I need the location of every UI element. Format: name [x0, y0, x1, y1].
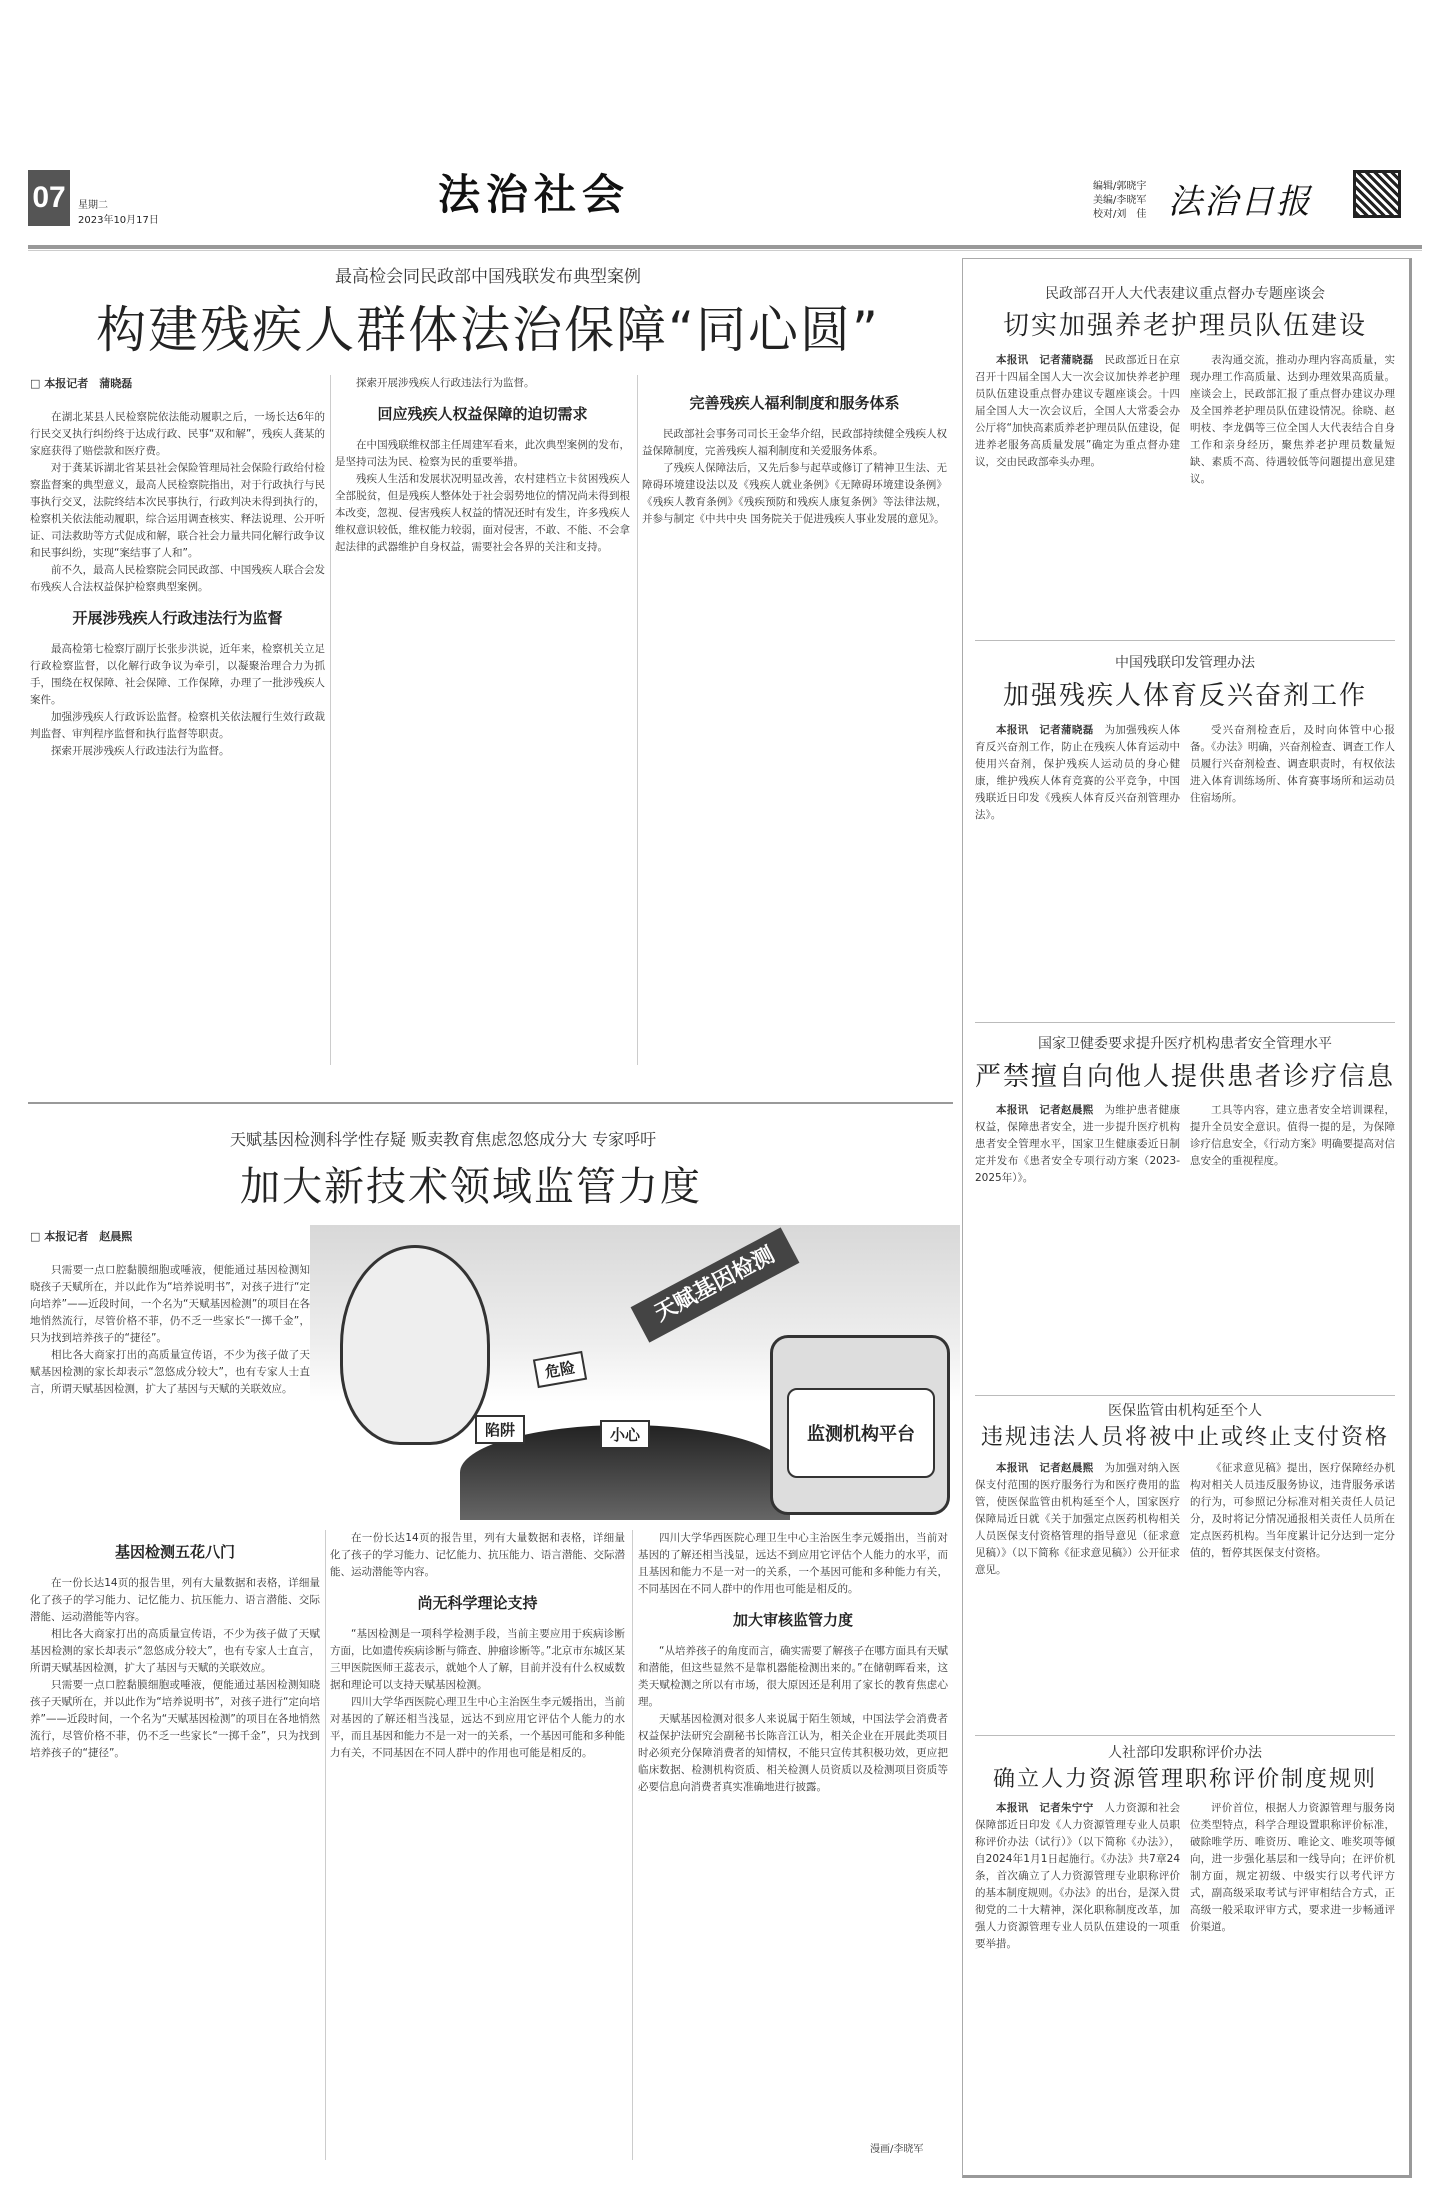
brief-headline: 加强残疾人体育反兴奋剂工作: [970, 675, 1400, 712]
paragraph: 在一份长达14页的报告里，列有大量数据和表格，详细量化了孩子的学习能力、记忆能力…: [30, 1575, 320, 1626]
byline-label: 本报讯: [996, 1462, 1029, 1474]
masthead-rule-thin: [28, 250, 1422, 251]
brief-separator: [975, 1395, 1395, 1396]
subhead: 尚无科学理论支持: [330, 1595, 625, 1612]
paragraph: 人力资源和社会保障部近日印发《人力资源管理专业人员职称评价办法（试行）》（以下简…: [975, 1802, 1180, 1950]
brief-column: 工具等内容，建立患者安全培训课程，提升全员安全意识。值得一提的是，为保障诊疗信息…: [1190, 1102, 1395, 1387]
lead-kicker: 最高检会同民政部中国残联发布典型案例: [28, 262, 948, 287]
article-separator: [28, 1102, 953, 1104]
subhead: 加大审核监管力度: [638, 1612, 948, 1629]
lead-column-1: □ 本报记者 蒲晓磊 在湖北某县人民检察院依法能动履职之后，一场长达6年的行民交…: [30, 375, 325, 1065]
paragraph: 加强涉残疾人行政诉讼监督。检察机关依法履行生效行政裁判监督、审判程序监督和执行监…: [30, 709, 325, 743]
brief-column: 本报讯 记者蒲晓磊 为加强残疾人体育反兴奋剂工作，防止在残疾人体育运动中使用兴奋…: [975, 722, 1180, 1012]
laughing-woman-figure: [340, 1245, 490, 1445]
second-kicker: 天赋基因检测科学性存疑 贩卖教育焦虑忽悠成分大 专家呼吁: [230, 1127, 830, 1150]
brief-column: 本报讯 记者朱宁宁 人力资源和社会保障部近日印发《人力资源管理专业人员职称评价办…: [975, 1800, 1180, 2160]
paragraph: 只需要一点口腔黏膜细胞或唾液，便能通过基因检测知晓孩子天赋所在，并以此作为“培养…: [30, 1677, 320, 1762]
cartoon-credit: 漫画/李晓军: [870, 2140, 923, 2155]
subhead: 回应残疾人权益保障的迫切需求: [335, 406, 630, 423]
byline-label: 本报讯: [996, 724, 1029, 736]
lead-headline: 构建残疾人群体法治保障“同心圆”: [28, 290, 948, 362]
brief-kicker: 医保监管由机构延至个人: [970, 1400, 1400, 1420]
subhead: 开展涉残疾人行政违法行为监督: [30, 610, 325, 627]
brief-column: 表沟通交流，推动办理内容高质量，实现办理工作高质量、达到办理效果高质量。座谈会上…: [1190, 352, 1395, 632]
column-divider: [637, 375, 638, 1065]
brief-headline: 违规违法人员将被中止或终止支付资格: [970, 1420, 1400, 1451]
brief-headline: 严禁擅自向他人提供患者诊疗信息: [970, 1056, 1400, 1093]
paragraph: 为加强残疾人体育反兴奋剂工作，防止在残疾人体育运动中使用兴奋剂，保护残疾人运动员…: [975, 724, 1180, 821]
paragraph: 民政部社会事务司司长王金华介绍，民政部持续健全残疾人权益保障制度，完善残疾人福利…: [642, 426, 947, 460]
brief-column: 受兴奋剂检查后，及时向体管中心报备。《办法》明确，兴奋剂检查、调查工作人员履行兴…: [1190, 722, 1395, 1012]
issue-date: 星期二 2023年10月17日: [78, 198, 159, 228]
column-divider: [325, 1530, 326, 2160]
paragraph: 相比各大商家打出的高质量宣传语，不少为孩子做了天赋基因检测的家长却表示“忽悠成分…: [30, 1626, 320, 1677]
cartoon-illustration: 天赋基因检测 危险 陷阱 小心 监测机构平台: [310, 1225, 960, 1520]
brief-column: 本报讯 记者赵晨熙 为加强对纳入医保支付范围的医疗服务行为和医疗费用的监管，使医…: [975, 1460, 1180, 1730]
trap-tag: 陷阱: [475, 1415, 525, 1444]
brief-separator: [975, 1022, 1395, 1023]
brief-kicker: 中国残联印发管理办法: [970, 652, 1400, 672]
second-headline: 加大新技术领域监管力度: [240, 1155, 740, 1212]
paragraph: 工具等内容，建立患者安全培训课程，提升全员安全意识。值得一提的是，为保障诊疗信息…: [1190, 1102, 1395, 1170]
byline-reporter: 记者蒲晓磊: [1039, 724, 1093, 736]
byline-reporter: 记者赵晨熙: [1039, 1462, 1093, 1474]
paragraph: 为加强对纳入医保支付范围的医疗服务行为和医疗费用的监管，使医保监管由机构延至个人…: [975, 1462, 1180, 1576]
brief-kicker: 民政部召开人大代表建议重点督办专题座谈会: [970, 283, 1400, 303]
paragraph: “从培养孩子的角度而言，确实需要了解孩子在哪方面具有天赋和潜能，但这些显然不是靠…: [638, 1643, 948, 1711]
byline-reporter: 记者蒲晓磊: [1039, 354, 1093, 366]
qr-code-icon[interactable]: [1353, 170, 1401, 218]
second-column-3: 在一份长达14页的报告里，列有大量数据和表格，详细量化了孩子的学习能力、记忆能力…: [330, 1530, 625, 2160]
paragraph: 《征求意见稿》提出，医疗保障经办机构对相关人员违反服务协议，违背服务承诺的行为，…: [1190, 1460, 1395, 1562]
brief-separator: [975, 1735, 1395, 1736]
masthead-rule: [28, 245, 1422, 249]
brief-headline: 切实加强养老护理员队伍建设: [970, 305, 1400, 342]
paragraph: “基因检测是一项科学检测手段，当前主要应用于疾病诊断方面，比如遗传疾病诊断与筛查…: [330, 1626, 625, 1694]
lead-byline: □ 本报记者 蒲晓磊: [30, 375, 325, 392]
second-column-2: 基因检测五花八门 在一份长达14页的报告里，列有大量数据和表格，详细量化了孩子的…: [30, 1540, 320, 2160]
date: 2023年10月17日: [78, 213, 159, 228]
paragraph: 在中国残联维权部主任周建军看来，此次典型案例的发布，是坚持司法为民、检察为民的重…: [335, 437, 630, 471]
masthead: 07 星期二 2023年10月17日 法治社会 编辑/郭晓宇 美编/李晓军 校对…: [28, 160, 1428, 230]
paragraph: 表沟通交流，推动办理内容高质量，实现办理工作高质量、达到办理效果高质量。座谈会上…: [1190, 352, 1395, 488]
paragraph: 天赋基因检测对很多人来说属于陌生领域，中国法学会消费者权益保护法研究会副秘书长陈…: [638, 1711, 948, 1796]
paragraph: 为维护患者健康权益，保障患者安全，进一步提升医疗机构患者安全管理水平，国家卫生健…: [975, 1104, 1180, 1184]
paragraph: 相比各大商家打出的高质量宣传语，不少为孩子做了天赋基因检测的家长却表示“忽悠成分…: [30, 1347, 310, 1398]
page-number: 07: [28, 170, 70, 226]
second-byline: □ 本报记者 赵晨熙: [30, 1228, 310, 1245]
paragraph: 受兴奋剂检查后，及时向体管中心报备。《办法》明确，兴奋剂检查、调查工作人员履行兴…: [1190, 722, 1395, 807]
brief-column: 《征求意见稿》提出，医疗保障经办机构对相关人员违反服务协议，违背服务承诺的行为，…: [1190, 1460, 1395, 1730]
paragraph: 残疾人生活和发展状况明显改善，农村建档立卡贫困残疾人全部脱贫，但是残疾人整体处于…: [335, 471, 630, 556]
paragraph: 了残疾人保障法后，又先后参与起草或修订了精神卫生法、无障碍环境建设法以及《残疾人…: [642, 460, 947, 528]
byline-reporter: 记者赵晨熙: [1039, 1104, 1093, 1116]
column-divider: [330, 375, 331, 1065]
phone-screen-text: 监测机构平台: [787, 1388, 935, 1478]
subhead: 基因检测五花八门: [30, 1544, 320, 1561]
paragraph: 前不久，最高人民检察院会同民政部、中国残疾人联合会发布残疾人合法权益保护检察典型…: [30, 562, 325, 596]
danger-tag: 危险: [533, 1351, 587, 1388]
paragraph: 对于龚某诉湖北省某县社会保险管理局社会保险行政给付检察监督案的典型意义，最高人民…: [30, 460, 325, 562]
brief-column: 本报讯 记者蒲晓磊 民政部近日在京召开十四届全国人大一次会议加快养老护理员队伍建…: [975, 352, 1180, 632]
art-editor: 美编/李晓军: [1093, 194, 1146, 208]
paragraph: 四川大学华西医院心理卫生中心主治医生李元媛指出，当前对基因的了解还相当浅显，远达…: [330, 1694, 625, 1762]
lead-column-2: 探索开展涉残疾人行政违法行为监督。 回应残疾人权益保障的迫切需求 在中国残联维权…: [335, 375, 630, 1065]
careful-tag: 小心: [600, 1420, 650, 1449]
paragraph: 最高检第七检察厅副厅长张步洪说，近年来，检察机关立足行政检察监督，以化解行政争议…: [30, 641, 325, 709]
byline-label: 本报讯: [996, 1802, 1029, 1814]
brief-headline: 确立人力资源管理职称评价制度规则: [970, 1762, 1400, 1793]
paragraph: 探索开展涉残疾人行政违法行为监督。: [335, 375, 630, 392]
brief-kicker: 国家卫健委要求提升医疗机构患者安全管理水平: [970, 1033, 1400, 1053]
paragraph: 评价首位，根据人力资源管理与服务岗位类型特点，科学合理设置职称评价标准，破除唯学…: [1190, 1800, 1395, 1936]
second-column-4: 四川大学华西医院心理卫生中心主治医生李元媛指出，当前对基因的了解还相当浅显，远达…: [638, 1530, 948, 2130]
editorial-credits: 编辑/郭晓宇 美编/李晓军 校对/刘 佳: [1093, 180, 1146, 222]
column-divider: [632, 1530, 633, 2160]
paragraph: 民政部近日在京召开十四届全国人大一次会议加快养老护理员队伍建设重点督办建议专题座…: [975, 354, 1180, 468]
proofreader: 校对/刘 佳: [1093, 208, 1146, 222]
section-title: 法治社会: [438, 162, 630, 222]
paragraph: 只需要一点口腔黏膜细胞或唾液，便能通过基因检测知晓孩子天赋所在，并以此作为“培养…: [30, 1262, 310, 1347]
brief-separator: [975, 640, 1395, 641]
byline-reporter: 记者朱宁宁: [1039, 1802, 1093, 1814]
phone-illustration: 监测机构平台: [770, 1335, 950, 1515]
byline-label: 本报讯: [996, 354, 1029, 366]
lead-column-3: 完善残疾人福利制度和服务体系 民政部社会事务司司长王金华介绍，民政部持续健全残疾…: [642, 375, 947, 1065]
editor: 编辑/郭晓宇: [1093, 180, 1146, 194]
byline-label: 本报讯: [996, 1104, 1029, 1116]
gene-test-sign: 天赋基因检测: [631, 1227, 800, 1342]
paragraph: 四川大学华西医院心理卫生中心主治医生李元媛指出，当前对基因的了解还相当浅显，远达…: [638, 1530, 948, 1598]
weekday: 星期二: [78, 198, 159, 213]
newspaper-logo: 法治日报: [1168, 174, 1312, 223]
paragraph: 在湖北某县人民检察院依法能动履职之后，一场长达6年的行民交叉执行纠纷终于达成行政…: [30, 409, 325, 460]
brief-kicker: 人社部印发职称评价办法: [970, 1742, 1400, 1762]
paragraph: 在一份长达14页的报告里，列有大量数据和表格，详细量化了孩子的学习能力、记忆能力…: [330, 1530, 625, 1581]
paragraph: 探索开展涉残疾人行政违法行为监督。: [30, 743, 325, 760]
subhead: 完善残疾人福利制度和服务体系: [642, 395, 947, 412]
brief-column: 评价首位，根据人力资源管理与服务岗位类型特点，科学合理设置职称评价标准，破除唯学…: [1190, 1800, 1395, 2160]
second-column-1: □ 本报记者 赵晨熙 只需要一点口腔黏膜细胞或唾液，便能通过基因检测知晓孩子天赋…: [30, 1228, 310, 1528]
brief-column: 本报讯 记者赵晨熙 为维护患者健康权益，保障患者安全，进一步提升医疗机构患者安全…: [975, 1102, 1180, 1387]
